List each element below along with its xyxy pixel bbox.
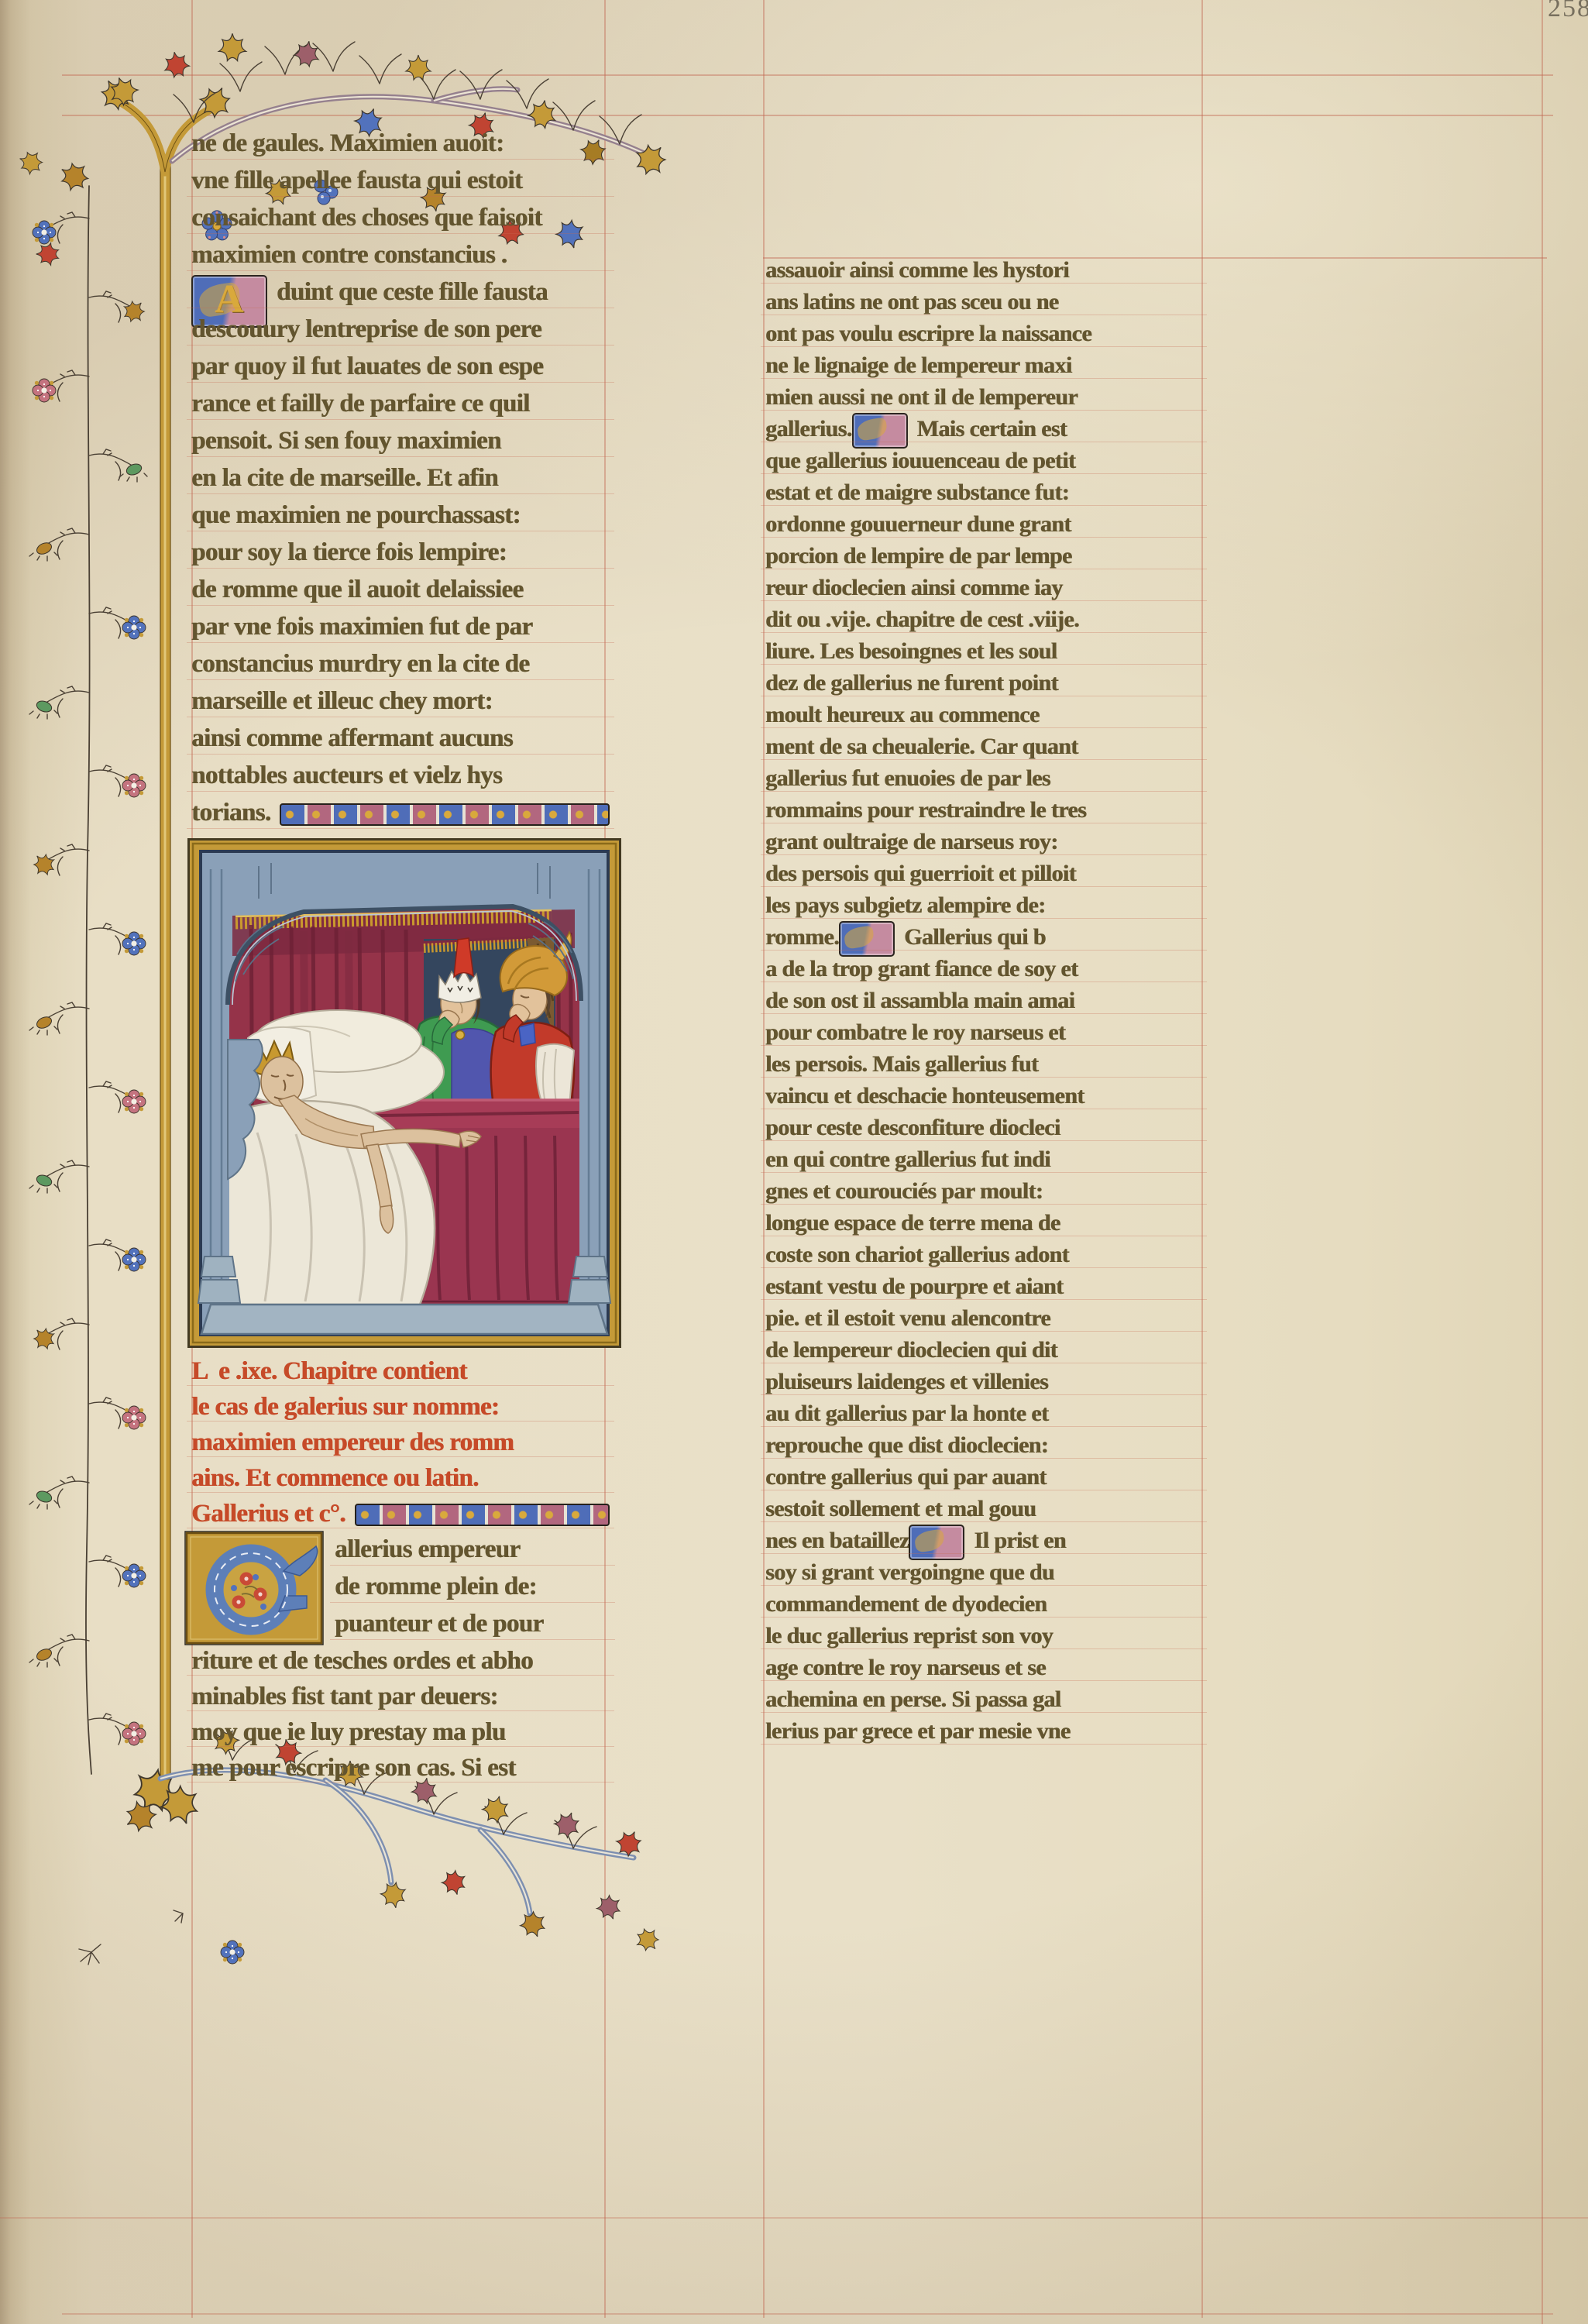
text-line: dit ou .vije. chapitre de cest .viije. <box>765 605 1202 637</box>
text-line: que maximien ne pourchassast: <box>191 498 610 535</box>
text-line: L e .ixe. Chapitre contient <box>191 1354 610 1390</box>
line-text: pie. et il estoit venu alencontre <box>765 1304 1050 1333</box>
mourner-red-robe <box>491 932 575 1106</box>
line-text: torians. <box>191 796 270 830</box>
text-line: assauoir ainsi comme les hystori <box>765 256 1202 287</box>
line-text: maximien contre constancius . <box>191 238 507 272</box>
line-filler <box>355 1504 610 1526</box>
miniature-deathbed-scene <box>187 838 621 1348</box>
line-text: sestoit sollement et mal gouu <box>765 1494 1036 1524</box>
line-text: moult heureux au commence <box>765 700 1040 730</box>
text-line: mien aussi ne ont il de lempereur <box>765 383 1202 414</box>
line-text: romme. <box>765 923 839 952</box>
alcove-wall <box>424 939 555 1103</box>
line-text: le duc gallerius reprist son voy <box>765 1621 1053 1651</box>
champ-initial <box>909 1525 964 1560</box>
line-text: maximien empereur des romm <box>191 1425 514 1459</box>
line-text: contre gallerius qui par auant <box>765 1463 1047 1492</box>
text-line: de romme que il auoit delaissiee <box>191 572 610 610</box>
line-text: duint que ceste fille fausta <box>277 275 548 309</box>
text-line: ans latins ne ont pas sceu ou ne <box>765 287 1202 319</box>
line-text: porcion de lempire de par lempe <box>765 541 1072 571</box>
text-line: minables fist tant par deuers: <box>191 1679 610 1715</box>
line-text: mien aussi ne ont il de lempereur <box>765 383 1078 412</box>
bed <box>276 1100 581 1301</box>
text-line: coste son chariot gallerius adont <box>765 1240 1202 1272</box>
mourner2-turban <box>500 946 567 995</box>
text-line: par vne fois maximien fut de par <box>191 610 610 647</box>
text-line: dez de gallerius ne furent point <box>765 669 1202 700</box>
ruling-line <box>0 2217 1588 2219</box>
line-text: consaichant des choses que faisoit <box>191 201 542 235</box>
text-line: estant vestu de pourpre et aiant <box>765 1272 1202 1304</box>
folio-number: 258 <box>1548 0 1588 23</box>
line-text: Gallerius et c°. <box>191 1497 345 1531</box>
text-line: pour soy la tierce fois lempire: <box>191 535 610 572</box>
ruling-line <box>62 115 1553 116</box>
line-text: des persois qui guerrioit et pilloit <box>765 859 1076 889</box>
text-line: age contre le roy narseus et se <box>765 1653 1202 1685</box>
text-line: ment de sa cheualerie. Car quant <box>765 732 1202 764</box>
mourner2-face <box>513 979 547 1019</box>
text-line: vaincu et deschacie honteusement <box>765 1081 1202 1113</box>
line-text: pensoit. Si sen fouy maximien <box>191 424 501 458</box>
dying-emperor <box>228 1010 481 1305</box>
line-text: grant oultraige de narseus roy: <box>765 827 1057 857</box>
line-text: ne le lignaige de lempereur maxi <box>765 351 1071 380</box>
line-text: au dit gallerius par la honte et <box>765 1399 1048 1428</box>
text-line: constancius murdry en la cite de <box>191 647 610 684</box>
line-text: liure. Les besoingnes et les soul <box>765 637 1057 666</box>
line-text: estant vestu de pourpre et aiant <box>765 1272 1063 1301</box>
text-line: de son ost il assambla main amai <box>765 986 1202 1018</box>
line-text: ainsi comme affermant aucuns <box>191 721 513 755</box>
text-line: gnes et courouciés par moult: <box>765 1177 1202 1208</box>
miniature-frame <box>187 838 621 1348</box>
text-line: ains. Et commence ou latin. <box>191 1461 610 1497</box>
text-line: moy que ie luy prestay ma plu <box>191 1715 610 1751</box>
text-line: gallerius.Mais certain est <box>765 414 1202 446</box>
line-text: dit ou .vije. chapitre de cest .viije. <box>765 605 1079 634</box>
text-line: estat et de maigre substance fut: <box>765 478 1202 510</box>
line-text: en la cite de marseille. Et afin <box>191 461 498 495</box>
text-line: au dit gallerius par la honte et <box>765 1399 1202 1431</box>
text-line: achemina en perse. Si passa gal <box>765 1685 1202 1717</box>
text-line: maximien contre constancius . <box>191 238 610 275</box>
text-line: puanteur et de pour <box>335 1607 610 1644</box>
text-line: les pays subgietz alempire de: <box>765 891 1202 923</box>
text-line: en la cite de marseille. Et afin <box>191 461 610 498</box>
line-text: Il prist en <box>974 1526 1065 1556</box>
text-line: que gallerius iouuenceau de petit <box>765 446 1202 478</box>
line-text: pour ceste desconfiture diocleci <box>765 1113 1060 1143</box>
line-text: par quoy il fut lauates de son espe <box>191 349 543 383</box>
line-text: minables fist tant par deuers: <box>191 1679 498 1714</box>
text-line: ne le lignaige de lempereur maxi <box>765 351 1202 383</box>
text-line: pluiseurs laidenges et villenies <box>765 1367 1202 1399</box>
text-line: riture et de tesches ordes et abho <box>191 1644 610 1679</box>
bed-curtain <box>251 925 572 1298</box>
line-text: nottables aucteurs et vielz hys <box>191 758 502 792</box>
text-line: rance et failly de parfaire ce quil <box>191 387 610 424</box>
text-line: reur dioclecien ainsi comme iay <box>765 573 1202 605</box>
line-text: de romme plein de: <box>335 1569 537 1604</box>
bedchamber <box>228 906 581 1334</box>
line-text: ains. Et commence ou latin. <box>191 1461 479 1495</box>
line-text: lerius par grece et par mesie vne <box>765 1717 1070 1746</box>
line-text: Mais certain est <box>917 414 1067 444</box>
line-text: que gallerius iouuenceau de petit <box>765 446 1075 476</box>
text-line: descouury lentreprise de son pere <box>191 312 610 349</box>
text-line: longue espace de terre mena de <box>765 1208 1202 1240</box>
line-text: que maximien ne pourchassast: <box>191 498 521 532</box>
text-line: vne fille apellee fausta qui estoit <box>191 163 610 201</box>
line-text: L e .ixe. Chapitre contient <box>191 1354 467 1388</box>
text-line: soy si grant vergoingne que du <box>765 1558 1202 1590</box>
text-line: torians. <box>191 796 610 833</box>
line-text: estat et de maigre substance fut: <box>765 478 1069 507</box>
text-line: ont pas voulu escripre la naissance <box>765 319 1202 351</box>
line-text: age contre le roy narseus et se <box>765 1653 1046 1683</box>
line-text: ans latins ne ont pas sceu ou ne <box>765 287 1058 317</box>
line-text: rommains pour restraindre le tres <box>765 796 1086 825</box>
text-line: par quoy il fut lauates de son espe <box>191 349 610 387</box>
text-line: des persois qui guerrioit et pilloit <box>765 859 1202 891</box>
line-text: me pour escripre son cas. Si est <box>191 1751 516 1785</box>
text-line: pour ceste desconfiture diocleci <box>765 1113 1202 1145</box>
line-text: vaincu et deschacie honteusement <box>765 1081 1084 1111</box>
mourner1-crown-hat <box>438 970 481 1002</box>
text-line: moult heureux au commence <box>765 700 1202 732</box>
line-text: gnes et courouciés par moult: <box>765 1177 1043 1206</box>
line-text: en qui contre gallerius fut indi <box>765 1145 1050 1174</box>
ruling-line <box>763 0 765 2318</box>
text-line: les persois. Mais gallerius fut <box>765 1050 1202 1081</box>
text-line: consaichant des choses que faisoit <box>191 201 610 238</box>
robe-lining <box>536 1044 574 1106</box>
text-line: maximien empereur des romm <box>191 1425 610 1461</box>
hanging-arm <box>366 1144 392 1208</box>
text-line: de romme plein de: <box>335 1569 610 1607</box>
line-text: puanteur et de pour <box>335 1607 543 1641</box>
coverlet-folds <box>287 1112 579 1300</box>
text-line: reprouche que dist dioclecien: <box>765 1431 1202 1463</box>
line-text: ordonne gouuerneur dune grant <box>765 510 1071 539</box>
mourner1-red-cap <box>454 938 473 977</box>
text-line: a de la trop grant fiance de soy et <box>765 954 1202 986</box>
text-line: me pour escripre son cas. Si est <box>191 1751 610 1786</box>
line-text: reur dioclecien ainsi comme iay <box>765 573 1063 603</box>
line-text: de romme que il auoit delaissiee <box>191 572 523 607</box>
text-line: grant oultraige de narseus roy: <box>765 827 1202 859</box>
emperor-face <box>261 1057 303 1106</box>
stone-arch <box>198 853 610 1334</box>
text-line: pie. et il estoit venu alencontre <box>765 1304 1202 1336</box>
champ-initial <box>852 413 908 449</box>
text-line: rommains pour restraindre le tres <box>765 796 1202 827</box>
line-text: rance et failly de parfaire ce quil <box>191 387 530 421</box>
text-line: le duc gallerius reprist son voy <box>765 1621 1202 1653</box>
line-text: de lempereur dioclecien qui dit <box>765 1336 1057 1365</box>
line-text: les persois. Mais gallerius fut <box>765 1050 1038 1079</box>
illuminated-initial-G <box>184 1531 324 1645</box>
line-text: moy que ie luy prestay ma plu <box>191 1715 506 1749</box>
text-line: ordonne gouuerneur dune grant <box>765 510 1202 541</box>
text-line: Aduint que ceste fille fausta <box>191 275 610 312</box>
gold-crown <box>254 1041 296 1076</box>
text-line: pour combatre le roy narseus et <box>765 1018 1202 1050</box>
line-text: vne fille apellee fausta qui estoit <box>191 163 522 198</box>
line-text: pluiseurs laidenges et villenies <box>765 1367 1048 1397</box>
line-text: commandement de dyodecien <box>765 1590 1047 1619</box>
text-line: en qui contre gallerius fut indi <box>765 1145 1202 1177</box>
line-text: riture et de tesches ordes et abho <box>191 1644 533 1678</box>
text-line: allerius empereur <box>335 1532 610 1569</box>
bare-torso <box>279 1095 375 1148</box>
text-line: ne de gaules. Maximien auoit: <box>191 126 610 163</box>
line-text: ment de sa cheualerie. Car quant <box>765 732 1078 761</box>
line-text: les pays subgietz alempire de: <box>765 891 1045 920</box>
line-text: dez de gallerius ne furent point <box>765 669 1058 698</box>
text-line: romme.Gallerius qui b <box>765 923 1202 954</box>
line-text: pour soy la tierce fois lempire: <box>191 535 507 569</box>
canopy-fringe <box>235 916 552 923</box>
line-text: constancius murdry en la cite de <box>191 647 529 681</box>
text-line: liure. Les besoingnes et les soul <box>765 637 1202 669</box>
ruling-line <box>62 2313 1553 2315</box>
line-text: Gallerius qui b <box>904 923 1046 952</box>
line-text: le cas de galerius sur nomme: <box>191 1390 499 1424</box>
line-text: longue espace de terre mena de <box>765 1208 1060 1238</box>
line-text: assauoir ainsi comme les hystori <box>765 256 1069 285</box>
text-line: contre gallerius qui par auant <box>765 1463 1202 1494</box>
line-text: pour combatre le roy narseus et <box>765 1018 1065 1047</box>
text-line: pensoit. Si sen fouy maximien <box>191 424 610 461</box>
mourner-green-cloak <box>414 938 507 1106</box>
manuscript-page: 258 <box>0 0 1588 2324</box>
line-text: de son ost il assambla main amai <box>765 986 1074 1016</box>
line-text: ne de gaules. Maximien auoit: <box>191 126 504 160</box>
line-text: par vne fois maximien fut de par <box>191 610 532 644</box>
text-line: Gallerius et c°. <box>191 1497 610 1532</box>
text-line: ainsi comme affermant aucuns <box>191 721 610 758</box>
line-text: nes en bataillez <box>765 1526 909 1556</box>
mourner2-hand <box>510 1005 530 1023</box>
line-text: achemina en perse. Si passa gal <box>765 1685 1060 1714</box>
line-text: a de la trop grant fiance de soy et <box>765 954 1078 984</box>
line-text: descouury lentreprise de son pere <box>191 312 541 346</box>
champ-initial <box>839 921 895 957</box>
spandrel-carving <box>235 863 573 982</box>
mourner1-face <box>441 982 476 1024</box>
pillow <box>249 1030 444 1114</box>
initial-flowers <box>231 1573 267 1611</box>
text-line: nes en bataillezIl prist en <box>765 1526 1202 1558</box>
line-filler <box>280 803 610 826</box>
line-text: allerius empereur <box>335 1532 520 1566</box>
text-line: sestoit sollement et mal gouu <box>765 1494 1202 1526</box>
canopy-slope <box>527 937 554 1033</box>
line-text: ont pas voulu escripre la naissance <box>765 319 1091 349</box>
pillar-bases <box>198 1257 610 1303</box>
text-line: marseille et illeuc chey mort: <box>191 684 610 721</box>
mourner1-hand <box>439 1010 459 1028</box>
line-text: reprouche que dist dioclecien: <box>765 1431 1048 1460</box>
text-line: nottables aucteurs et vielz hys <box>191 758 610 796</box>
text-line: porcion de lempire de par lempe <box>765 541 1202 573</box>
text-line: lerius par grece et par mesie vne <box>765 1717 1202 1748</box>
text-line: de lempereur dioclecien qui dit <box>765 1336 1202 1367</box>
line-text: soy si grant vergoingne que du <box>765 1558 1054 1587</box>
line-text: marseille et illeuc chey mort: <box>191 684 493 718</box>
ruling-line <box>62 74 1553 76</box>
outstretched-arm <box>361 1129 461 1147</box>
bed-sheet <box>228 1101 435 1305</box>
line-text: coste son chariot gallerius adont <box>765 1240 1069 1270</box>
ruling-line <box>1542 0 1543 2324</box>
text-line: commandement de dyodecien <box>765 1590 1202 1621</box>
text-line: gallerius fut enuoies de par les <box>765 764 1202 796</box>
veil <box>246 1027 316 1102</box>
floor-sill <box>201 1305 607 1334</box>
line-text: gallerius. <box>765 414 852 444</box>
line-text: gallerius fut enuoies de par les <box>765 764 1050 793</box>
text-line: le cas de galerius sur nomme: <box>191 1390 610 1425</box>
